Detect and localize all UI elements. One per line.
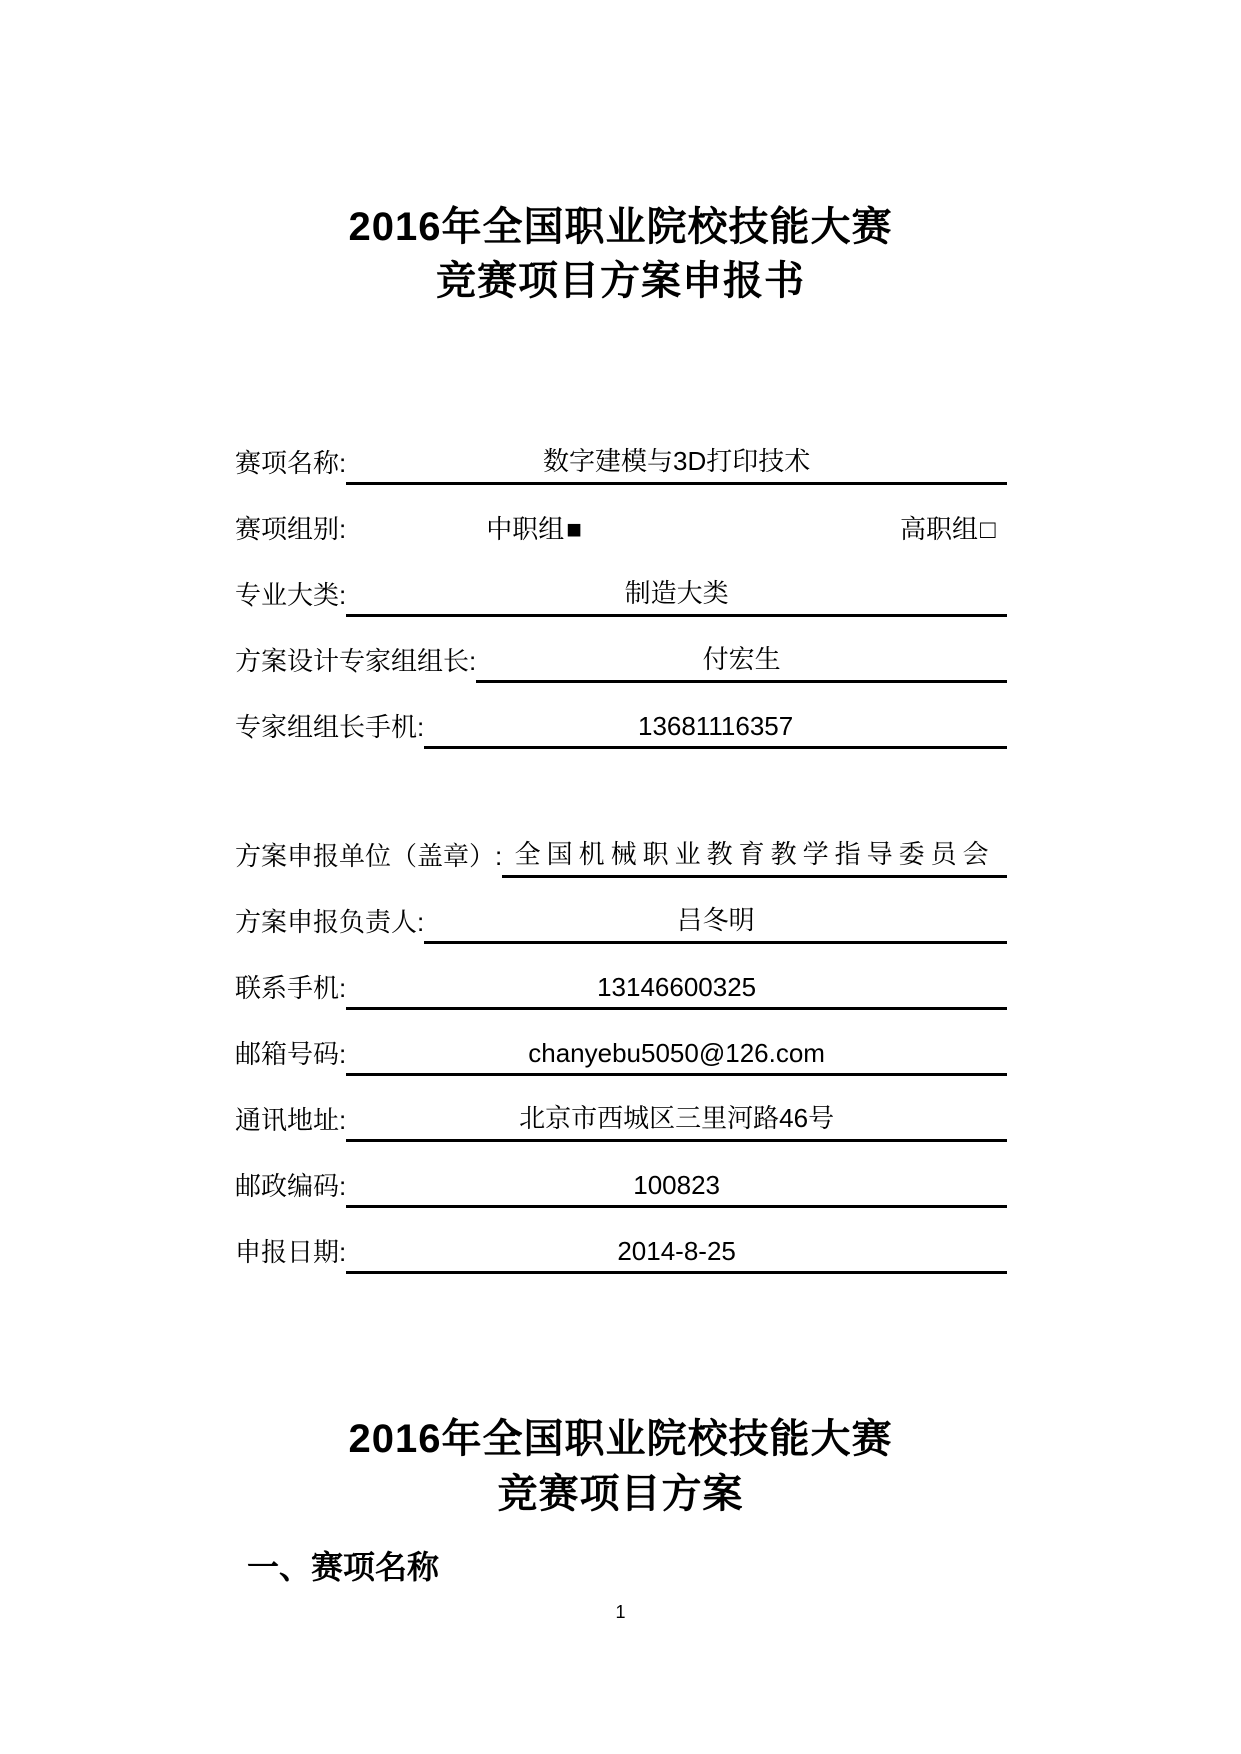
applicant-person-underline: 吕冬明 xyxy=(424,900,1007,944)
major-category-value: 制造大类 xyxy=(625,578,729,608)
form-row-event-group: 赛项组别: 中职组■ 高职组□ xyxy=(235,485,1007,551)
section2-title-line1: 2016年全国职业院校技能大赛 xyxy=(0,1412,1241,1467)
section2-heading-1: 一、赛项名称 xyxy=(247,1542,439,1588)
applicant-unit-underline: 全国机械职业教育教学指导委员会 xyxy=(502,834,1007,878)
applicant-unit-value: 全国机械职业教育教学指导委员会 xyxy=(515,839,995,869)
postal-code-label: 邮政编码: xyxy=(235,1166,346,1208)
document-page: 2016年全国职业院校技能大赛 竞赛项目方案申报书 赛项名称: 数字建模与3D打… xyxy=(0,0,1241,1754)
form-row-expert-leader-phone: 专家组组长手机: 13681116357 xyxy=(235,683,1007,749)
email-value: chanyebu5050@126.com xyxy=(528,1038,825,1068)
application-date-value: 2014-8-25 xyxy=(617,1236,736,1266)
form-row-application-date: 申报日期: 2014-8-25 xyxy=(235,1208,1007,1274)
applicant-unit-label: 方案申报单位（盖章）: xyxy=(235,836,502,878)
expert-leader-underline: 付宏生 xyxy=(476,639,1007,683)
cover-title: 2016年全国职业院校技能大赛 竞赛项目方案申报书 xyxy=(0,200,1241,308)
major-category-underline: 制造大类 xyxy=(346,573,1007,617)
expert-leader-value: 付宏生 xyxy=(703,644,781,674)
section2-title-line2: 竞赛项目方案 xyxy=(0,1467,1241,1522)
form-section-applicant: 方案申报单位（盖章）: 全国机械职业教育教学指导委员会 方案申报负责人: 吕冬明… xyxy=(235,812,1007,1274)
contact-phone-value: 13146600325 xyxy=(597,972,756,1002)
expert-leader-phone-underline: 13681116357 xyxy=(424,711,1007,749)
form-row-address: 通讯地址: 北京市西城区三里河路46号 xyxy=(235,1076,1007,1142)
event-name-underline: 数字建模与3D打印技术 xyxy=(346,441,1007,485)
event-name-label: 赛项名称: xyxy=(235,443,346,485)
major-category-label: 专业大类: xyxy=(235,575,346,617)
application-date-underline: 2014-8-25 xyxy=(346,1236,1007,1274)
expert-leader-phone-value: 13681116357 xyxy=(638,711,793,741)
contact-phone-label: 联系手机: xyxy=(235,968,346,1010)
address-label: 通讯地址: xyxy=(235,1100,346,1142)
contact-phone-underline: 13146600325 xyxy=(346,972,1007,1010)
option-higher-vocational: 高职组□ xyxy=(900,509,996,551)
page-number: 1 xyxy=(0,1602,1241,1623)
option-secondary-vocational: 中职组■ xyxy=(486,509,582,551)
event-group-label: 赛项组别: xyxy=(235,509,346,551)
checkbox-checked-icon: ■ xyxy=(564,514,582,544)
checkbox-unchecked-icon: □ xyxy=(978,514,996,544)
address-value: 北京市西城区三里河路46号 xyxy=(519,1103,834,1133)
expert-leader-phone-label: 专家组组长手机: xyxy=(235,707,424,749)
form-row-postal-code: 邮政编码: 100823 xyxy=(235,1142,1007,1208)
form-section-event: 赛项名称: 数字建模与3D打印技术 赛项组别: 中职组■ 高职组□ 专业大类: … xyxy=(235,419,1007,749)
applicant-person-label: 方案申报负责人: xyxy=(235,902,424,944)
expert-leader-label: 方案设计专家组组长: xyxy=(235,641,476,683)
form-row-email: 邮箱号码: chanyebu5050@126.com xyxy=(235,1010,1007,1076)
section2-title: 2016年全国职业院校技能大赛 竞赛项目方案 xyxy=(0,1412,1241,1522)
address-underline: 北京市西城区三里河路46号 xyxy=(346,1098,1007,1142)
applicant-person-value: 吕冬明 xyxy=(677,905,755,935)
option-secondary-label: 中职组 xyxy=(486,514,564,544)
email-label: 邮箱号码: xyxy=(235,1034,346,1076)
application-date-label: 申报日期: xyxy=(235,1232,346,1274)
cover-title-line2: 竞赛项目方案申报书 xyxy=(0,254,1241,308)
form-row-contact-phone: 联系手机: 13146600325 xyxy=(235,944,1007,1010)
option-higher-label: 高职组 xyxy=(900,514,978,544)
event-name-value: 数字建模与3D打印技术 xyxy=(543,446,810,476)
form-row-applicant-unit: 方案申报单位（盖章）: 全国机械职业教育教学指导委员会 xyxy=(235,812,1007,878)
cover-title-line1: 2016年全国职业院校技能大赛 xyxy=(0,200,1241,254)
form-row-event-name: 赛项名称: 数字建模与3D打印技术 xyxy=(235,419,1007,485)
form-row-expert-leader: 方案设计专家组组长: 付宏生 xyxy=(235,617,1007,683)
form-row-applicant-person: 方案申报负责人: 吕冬明 xyxy=(235,878,1007,944)
postal-code-value: 100823 xyxy=(633,1170,720,1200)
email-underline: chanyebu5050@126.com xyxy=(346,1038,1007,1076)
form-row-major-category: 专业大类: 制造大类 xyxy=(235,551,1007,617)
postal-code-underline: 100823 xyxy=(346,1170,1007,1208)
